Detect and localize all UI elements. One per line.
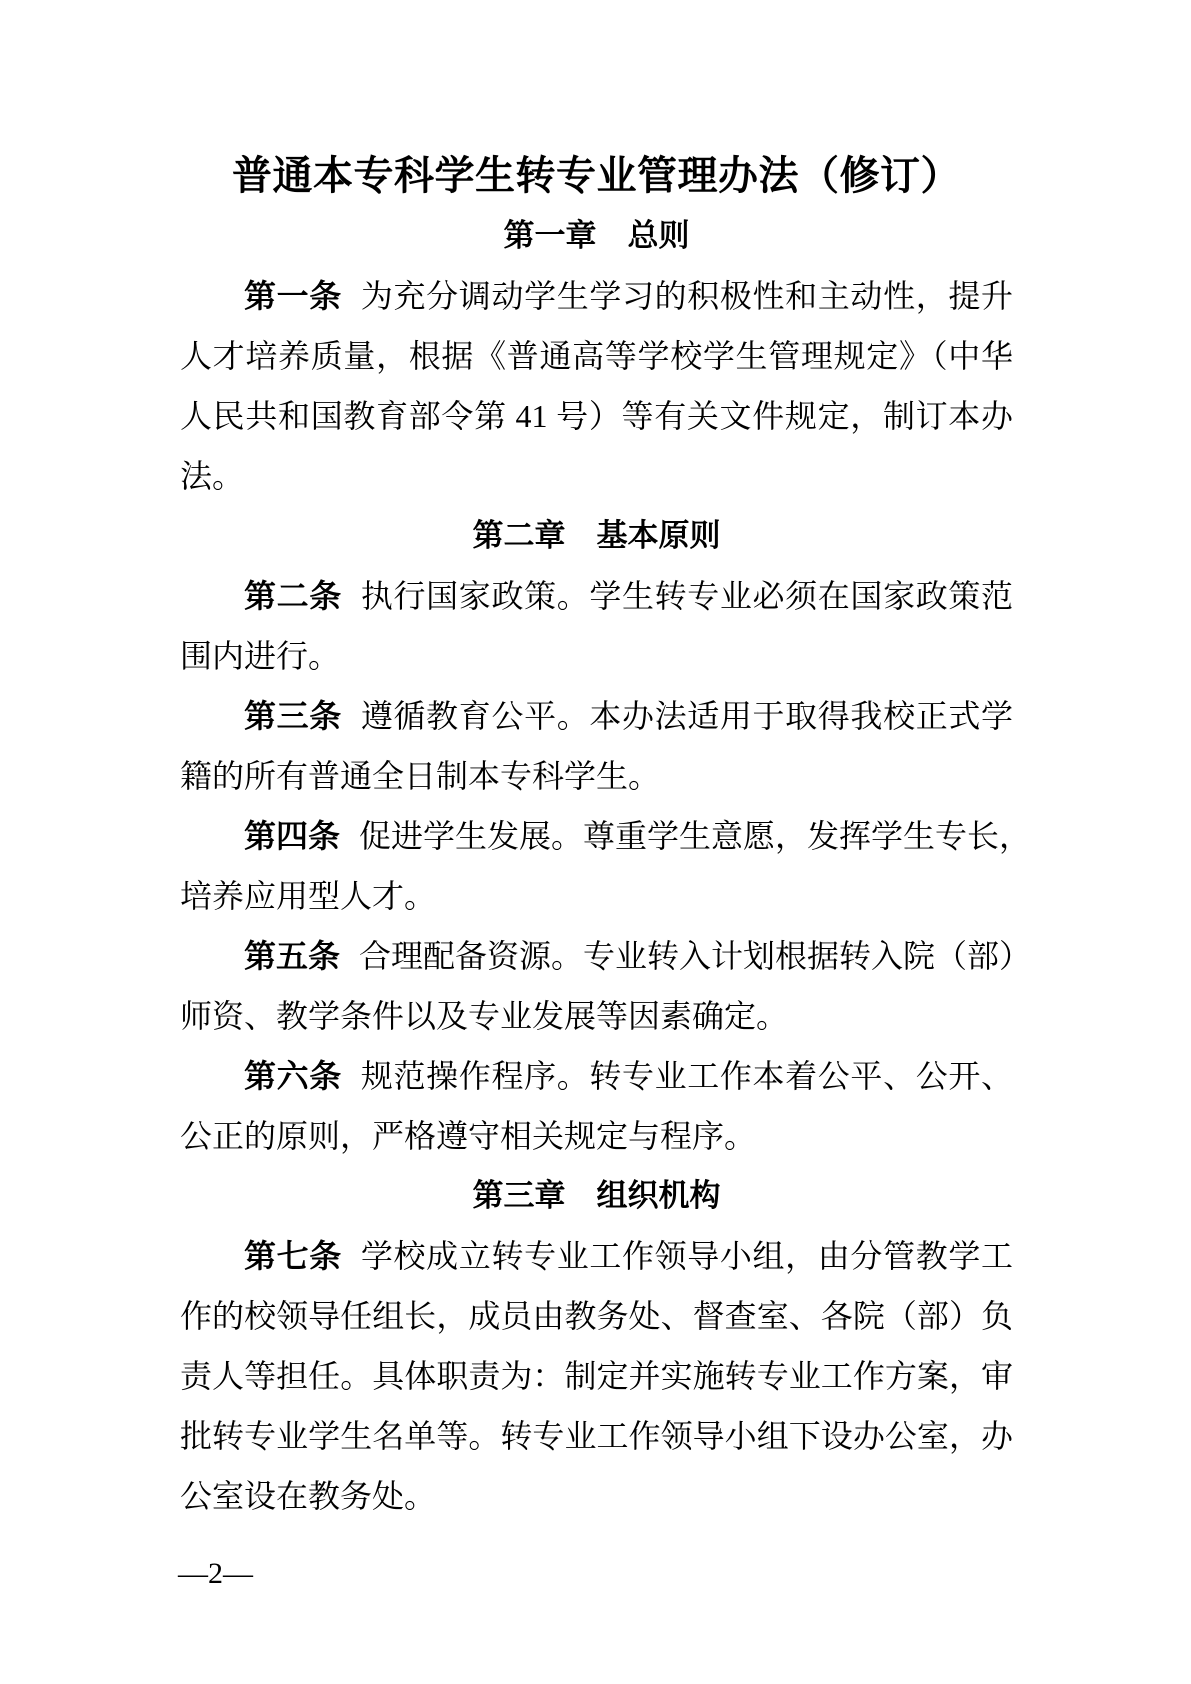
document-title: 普通本专科学生转专业管理办法（修订） (180, 146, 1013, 206)
paragraph-line: 第二条执行国家政策。学生转专业必须在国家政策范 (180, 566, 1013, 626)
paragraph-text: 规范操作程序。转专业工作本着公平、公开、 (361, 1058, 1013, 1094)
paragraph-line: 公室设在教务处。 (180, 1466, 1013, 1526)
paragraph-line: 法。 (180, 446, 1013, 506)
paragraph-line: 第三条遵循教育公平。本办法适用于取得我校正式学 (180, 686, 1013, 746)
page-number: —2— (178, 1552, 253, 1596)
paragraph-text: 为充分调动学生学习的积极性和主动性，提升 (361, 278, 1013, 314)
paragraph-line: 公正的原则，严格遵守相关规定与程序。 (180, 1106, 1013, 1166)
paragraph-text: 促进学生发展。尊重学生意愿，发挥学生专长， (359, 818, 1031, 854)
paragraph-line: 第四条促进学生发展。尊重学生意愿，发挥学生专长， (180, 806, 1013, 866)
paragraph-text: 遵循教育公平。本办法适用于取得我校正式学 (361, 698, 1013, 734)
paragraph-line: 培养应用型人才。 (180, 866, 1013, 926)
article-number-label: 第五条 (244, 938, 340, 974)
paragraph-line: 人才培养质量，根据《普通高等学校学生管理规定》（中华 (180, 326, 1013, 386)
paragraph-line: 第一条为充分调动学生学习的积极性和主动性，提升 (180, 266, 1013, 326)
chapter-heading: 第二章 基本原则 (180, 506, 1013, 566)
paragraph-line: 人民共和国教育部令第 41 号）等有关文件规定，制订本办 (180, 386, 1013, 446)
chapter-heading: 第一章 总则 (180, 206, 1013, 266)
document-lines: 普通本专科学生转专业管理办法（修订）第一章 总则第一条为充分调动学生学习的积极性… (180, 146, 1013, 1526)
paragraph-line: 批转专业学生名单等。转专业工作领导小组下设办公室，办 (180, 1406, 1013, 1466)
paragraph-text: 合理配备资源。专业转入计划根据转入院（部） (359, 938, 1031, 974)
paragraph-line: 籍的所有普通全日制本专科学生。 (180, 746, 1013, 806)
article-number-label: 第四条 (244, 818, 340, 854)
paragraph-text: 学校成立转专业工作领导小组，由分管教学工 (361, 1238, 1013, 1274)
paragraph-line: 责人等担任。具体职责为：制定并实施转专业工作方案，审 (180, 1346, 1013, 1406)
article-number-label: 第一条 (244, 278, 342, 314)
paragraph-line: 第五条合理配备资源。专业转入计划根据转入院（部） (180, 926, 1013, 986)
article-number-label: 第七条 (244, 1238, 342, 1274)
paragraph-line: 作的校领导任组长，成员由教务处、督查室、各院（部）负 (180, 1286, 1013, 1346)
article-number-label: 第六条 (244, 1058, 342, 1094)
paragraph-line: 第七条学校成立转专业工作领导小组，由分管教学工 (180, 1226, 1013, 1286)
article-number-label: 第二条 (244, 578, 342, 614)
paragraph-text: 执行国家政策。学生转专业必须在国家政策范 (361, 578, 1013, 614)
chapter-heading: 第三章 组织机构 (180, 1166, 1013, 1226)
document-page: 普通本专科学生转专业管理办法（修订）第一章 总则第一条为充分调动学生学习的积极性… (0, 0, 1191, 1684)
article-number-label: 第三条 (244, 698, 342, 734)
paragraph-line: 围内进行。 (180, 626, 1013, 686)
paragraph-line: 师资、教学条件以及专业发展等因素确定。 (180, 986, 1013, 1046)
paragraph-line: 第六条规范操作程序。转专业工作本着公平、公开、 (180, 1046, 1013, 1106)
